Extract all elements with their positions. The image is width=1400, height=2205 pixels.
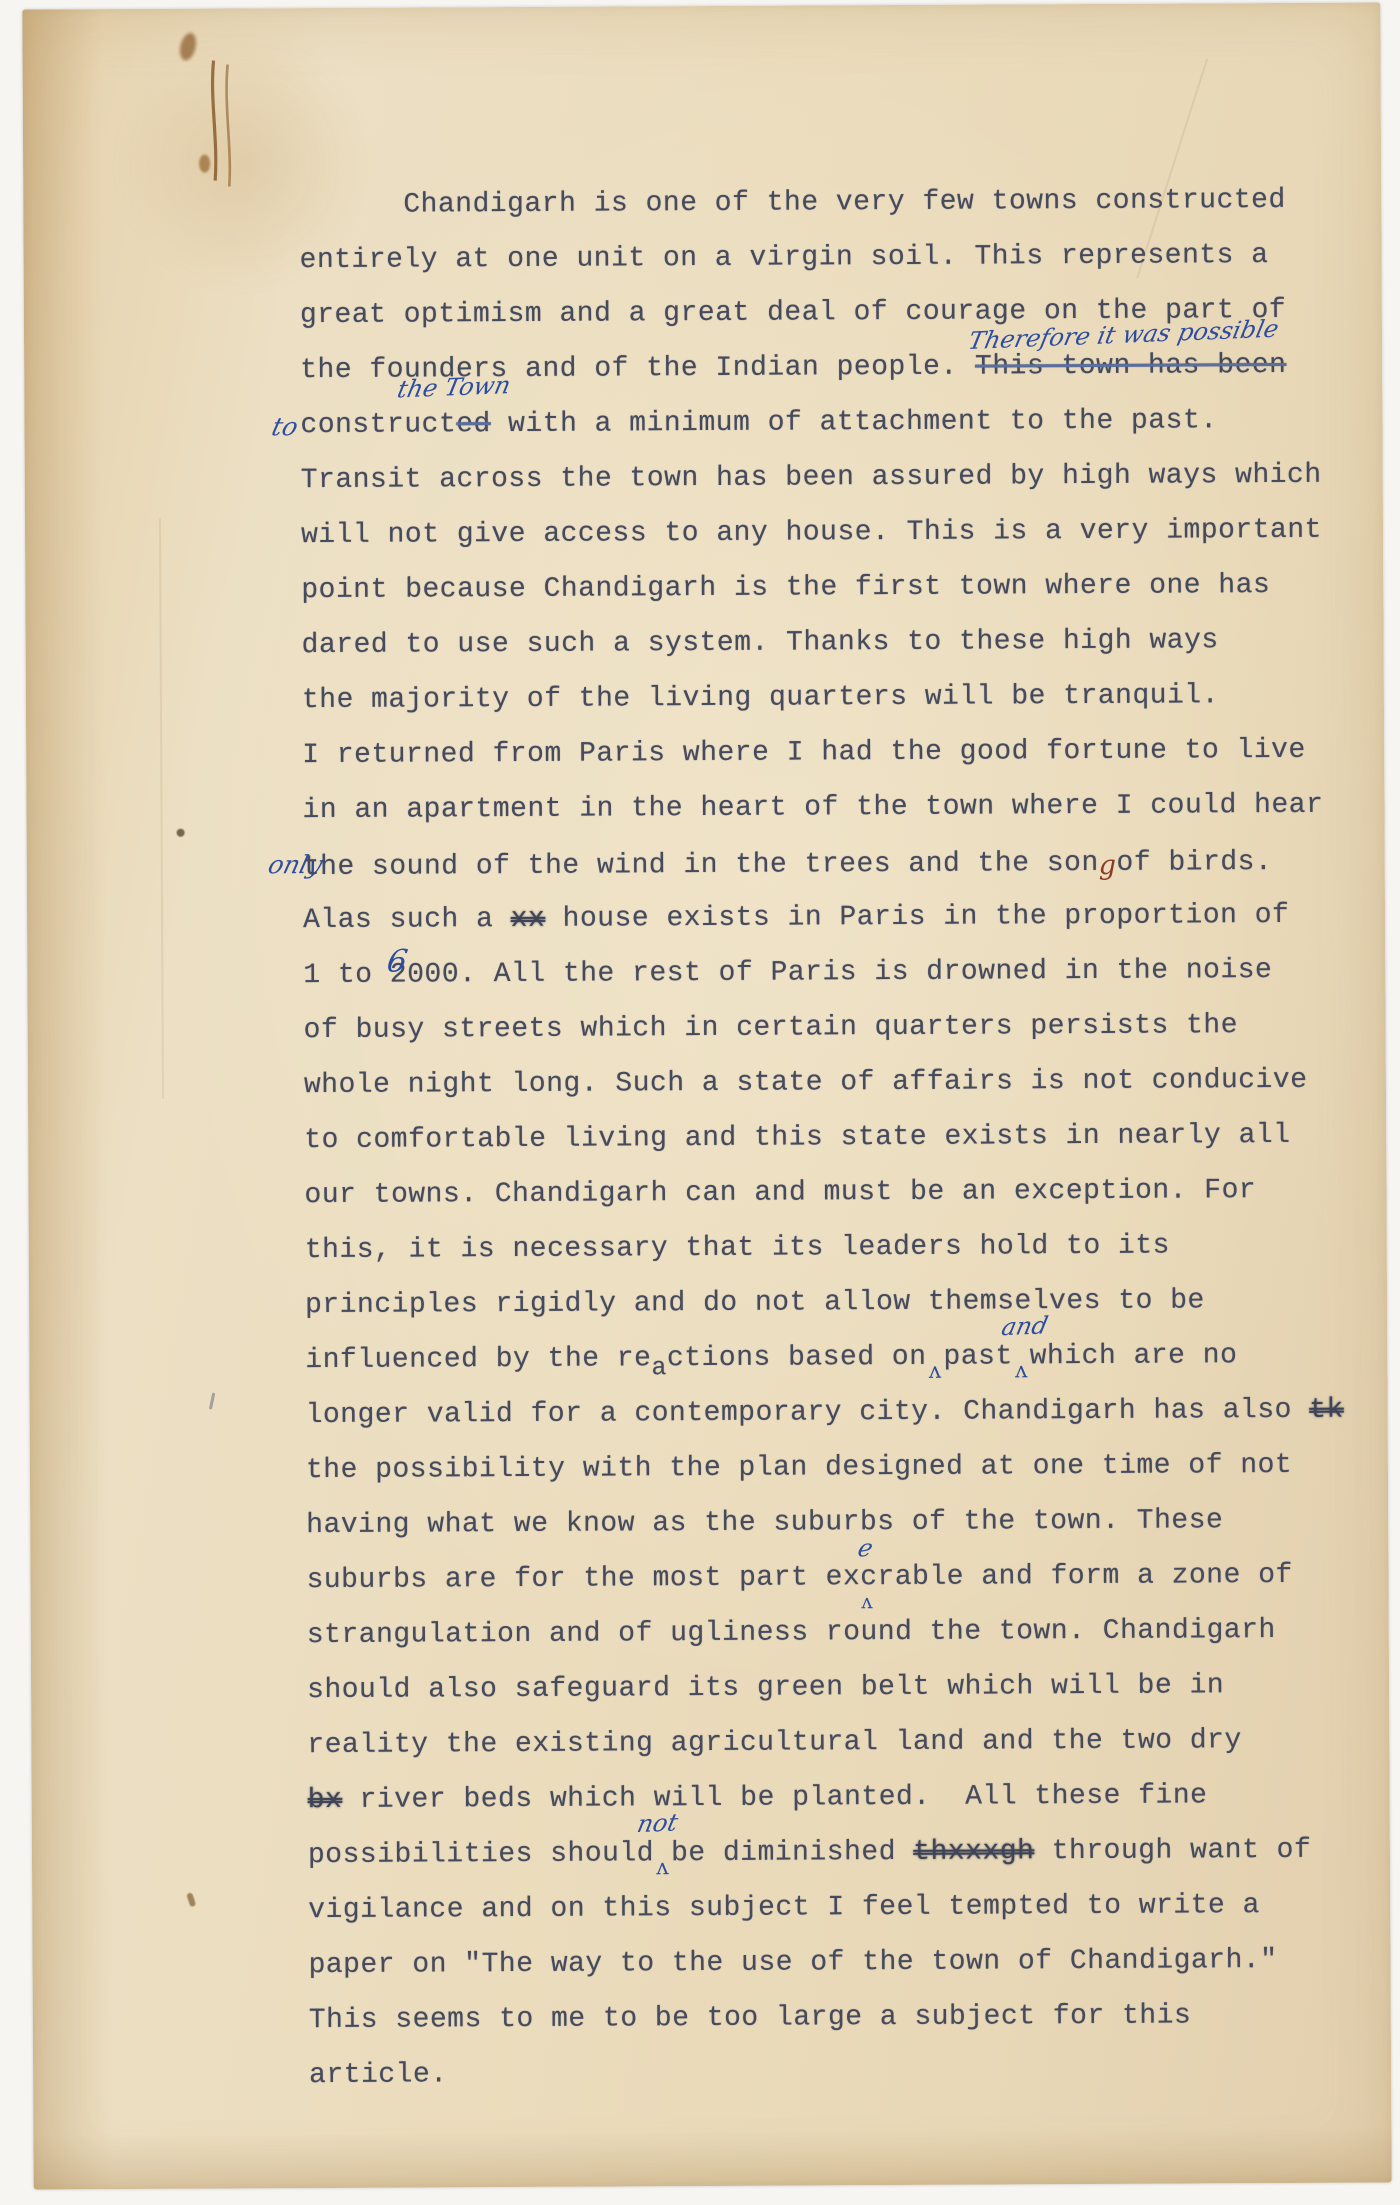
struck-text: edthe Town (456, 409, 491, 440)
typed-text: 26 (390, 960, 407, 991)
typed-text: point because Chandigarh is the first to… (301, 570, 1270, 606)
handwritten-annotation: and (999, 1311, 1050, 1341)
text-line: point because Chandigarh is the first to… (301, 569, 1381, 630)
typed-text: which are no (1030, 1340, 1238, 1372)
text-line: Alas such a xx house exists in Paris in … (303, 899, 1383, 960)
ink-speck (177, 829, 185, 837)
text-line: possibilities shouldʌnotbe diminished th… (308, 1834, 1388, 1895)
fold-crease (159, 519, 164, 1099)
text-line: dared to use such a system. Thanks to th… (302, 624, 1382, 685)
typed-text: Alas such a (303, 904, 511, 936)
insertion-caret: ʌ (927, 1359, 944, 1384)
typed-text: house exists in Paris in the proportion … (545, 900, 1289, 935)
text-line: Chandigarh is one of the very few towns … (299, 184, 1379, 245)
text-line: strangulation and of ugliness round the … (307, 1614, 1387, 1675)
typed-overstrike: xx (511, 904, 546, 935)
typed-text: the majority of the living quarters will… (302, 680, 1219, 716)
typed-text: Chandigarh is one of the very few towns … (403, 185, 1286, 221)
text-line: in an apartment in the heart of the town… (302, 789, 1382, 850)
typed-text: This seems to me to be too large a subje… (309, 2000, 1192, 2036)
text-line: the possibility with the plan designed a… (306, 1449, 1386, 1510)
text-line: I returned from Paris where I had the go… (302, 734, 1382, 795)
text-line: of busy streets which in certain quarter… (304, 1009, 1384, 1070)
text-line: This seems to me to be too large a subje… (309, 1999, 1389, 2060)
text-line: principles rigidly and do not allow them… (305, 1284, 1385, 1345)
typed-text: with a minimum of attachment to the past… (491, 405, 1218, 440)
typed-text: possibilities should (308, 1838, 654, 1871)
ink-speck (186, 1892, 196, 1907)
text-line: our towns. Chandigarh can and must be an… (304, 1174, 1384, 1235)
text-line: paper on "The way to the use of the town… (308, 1944, 1388, 2005)
text-line: whole night long. Such a state of affair… (304, 1064, 1384, 1125)
typed-text: principles rigidly and do not allow them… (305, 1285, 1205, 1321)
typed-text: having what we know as the suburbs of th… (306, 1505, 1223, 1541)
text-line: onlythe sound of the wind in the trees a… (303, 844, 1383, 905)
typed-overstrike: bx (308, 1785, 343, 1816)
text-line: reality the existing agricultural land a… (307, 1724, 1387, 1785)
typed-text: will not give access to any house. This … (301, 515, 1322, 551)
handwritten-letter: g (1099, 850, 1117, 881)
typed-text: influenced by the re (305, 1343, 651, 1376)
typed-text: Transit across the town has been assured… (301, 460, 1322, 496)
typed-text: vigilance and on this subject I feel tem… (308, 1890, 1260, 1926)
typed-text: river beds which will be planted. All th… (342, 1780, 1207, 1816)
text-line: this, it is necessary that its leaders h… (305, 1229, 1385, 1290)
ink-speck (209, 1392, 215, 1409)
text-line: the majority of the living quarters will… (302, 679, 1382, 740)
crease-mark (207, 56, 238, 191)
typed-text: be diminished (671, 1837, 913, 1869)
typed-text: the sound of the wind in the trees and t… (303, 848, 1099, 883)
typed-text: the possibility with the plan designed a… (306, 1450, 1292, 1486)
insertion-caret: ʌnot (654, 1855, 671, 1880)
typed-text: this, it is necessary that its leaders h… (305, 1231, 1170, 1267)
typed-subscript: a (651, 1353, 667, 1382)
text-line: will not give access to any house. This … (301, 514, 1381, 575)
typed-text: article. (309, 2059, 448, 2091)
typed-text: reality the existing agricultural land a… (307, 1725, 1242, 1761)
typed-text: past (943, 1341, 1012, 1372)
handwritten-annotation: not (635, 1808, 681, 1838)
typed-text: I returned from Paris where I had the go… (302, 735, 1306, 771)
text-line: bx river beds which will be planted. All… (308, 1779, 1388, 1840)
text-line: having what we know as the suburbs of th… (306, 1504, 1386, 1565)
text-line: Transit across the town has been assured… (301, 459, 1381, 520)
typed-text: should also safeguard its green belt whi… (307, 1670, 1224, 1706)
typed-text: through want of (1034, 1835, 1311, 1867)
typed-overstrike: thxxxgh (913, 1836, 1034, 1868)
typed-text: strangulation and of ugliness round the … (307, 1615, 1276, 1651)
rust-spot (177, 31, 198, 62)
text-line: vigilance and on this subject I feel tem… (308, 1889, 1388, 1950)
typed-text: ctions based on (667, 1342, 927, 1374)
text-line: should also safeguard its green belt whi… (307, 1669, 1387, 1730)
typed-text: ceʌ (860, 1562, 877, 1593)
typed-text: suburbs are for the most part ex (306, 1562, 860, 1596)
insertion-caret: ʌand (1013, 1358, 1030, 1383)
rust-spot (199, 155, 210, 173)
typed-overstrike: tk (1309, 1395, 1344, 1426)
text-line: suburbs are for the most part exceʌrable… (306, 1559, 1386, 1620)
text-line: toconstructedthe Town with a minimum of … (300, 404, 1380, 465)
typed-text: paper on "The way to the use of the town… (308, 1945, 1277, 1981)
typed-text: 1 to (303, 960, 390, 991)
text-line: 1 to 26000. All the rest of Paris is dro… (303, 954, 1383, 1015)
typed-text: dared to use such a system. Thanks to th… (302, 625, 1219, 661)
typed-text: to comfortable living and this state exi… (304, 1120, 1290, 1156)
text-line: longer valid for a contemporary city. Ch… (306, 1394, 1386, 1455)
handwritten-annotation: the Town (395, 371, 513, 403)
typed-text: our towns. Chandigarh can and must be an… (304, 1175, 1256, 1211)
page-background: { "colors": { "paper": "#ead9b8", "typed… (0, 0, 1400, 2205)
typed-text: longer valid for a contemporary city. Ch… (306, 1395, 1310, 1431)
typed-text: entirely at one unit on a virgin soil. T… (300, 240, 1269, 276)
typed-text: whole night long. Such a state of affair… (304, 1065, 1308, 1101)
typed-text: in an apartment in the heart of the town… (302, 790, 1323, 826)
typed-text-block: Chandigarh is one of the very few towns … (299, 184, 1389, 2115)
struck-text: This town has beenTherefore it was possi… (975, 350, 1287, 383)
text-line: to comfortable living and this state exi… (304, 1119, 1384, 1180)
text-line: entirely at one unit on a virgin soil. T… (300, 239, 1380, 300)
typed-text: 000. All the rest of Paris is drowned in… (407, 955, 1272, 991)
typed-text: rable and form a zone of (877, 1560, 1292, 1593)
handwritten-margin-note: to (269, 412, 301, 441)
typed-text: of birds. (1116, 847, 1272, 879)
text-line: influenced by the reactions based onʌpas… (305, 1339, 1385, 1400)
text-line: article. (309, 2054, 1389, 2115)
typed-text: construct (300, 409, 456, 441)
paper-sheet: Chandigarh is one of the very few towns … (22, 2, 1391, 2189)
typed-text: of busy streets which in certain quarter… (304, 1010, 1239, 1046)
insertion-caret: ʌ (861, 1589, 872, 1613)
